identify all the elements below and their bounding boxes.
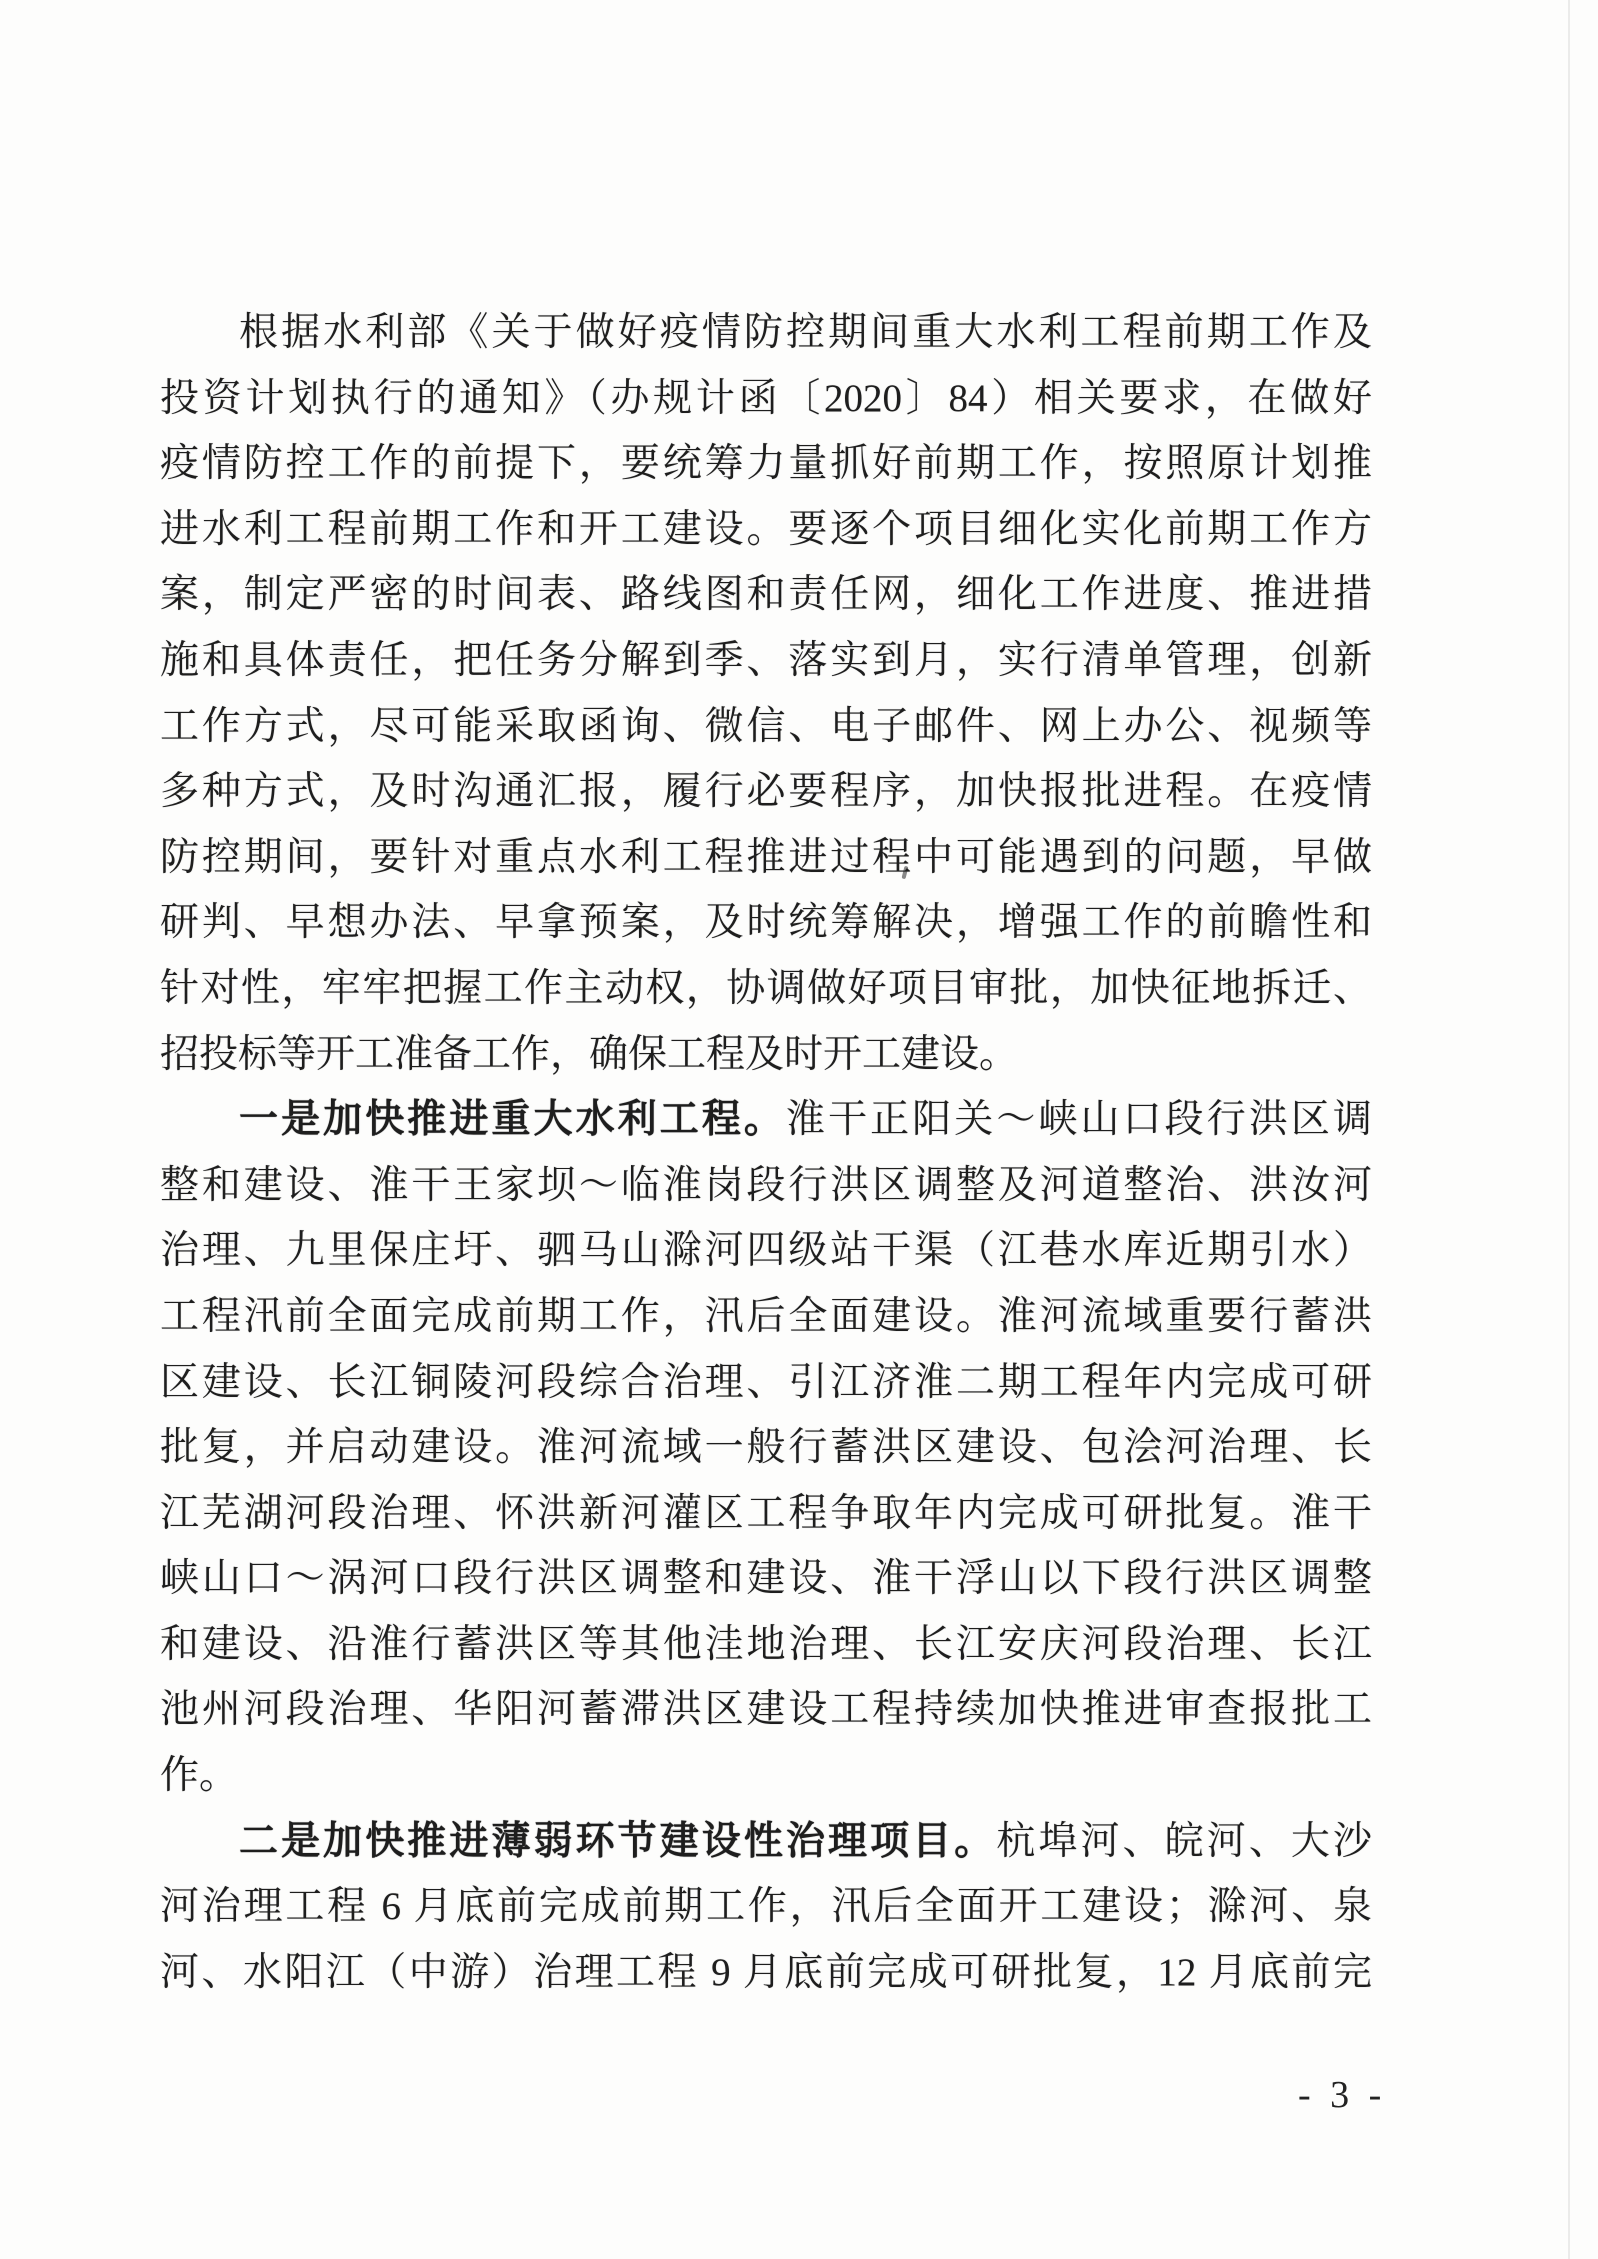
text-line: 治理、九里保庄圩、驷马山滁河四级站干渠（江巷水库近期引水） — [160, 1218, 1372, 1284]
text-line: 根据水利部《关于做好疫情防控期间重大水利工程前期工作及 — [160, 300, 1372, 366]
text-line: 一是加快推进重大水利工程。淮干正阳关～峡山口段行洪区调 — [160, 1087, 1372, 1153]
text-line: 进水利工程前期工作和开工建设。要逐个项目细化实化前期工作方 — [160, 497, 1372, 563]
text-line: 区建设、长江铜陵河段综合治理、引江济淮二期工程年内完成可研 — [160, 1350, 1372, 1416]
text-line: 江芜湖河段治理、怀洪新河灌区工程争取年内完成可研批复。淮干 — [160, 1481, 1372, 1547]
text-line: 峡山口～涡河口段行洪区调整和建设、淮干浮山以下段行洪区调整 — [160, 1546, 1372, 1612]
paragraph-lead-bold: 一是加快推进重大水利工程。 — [239, 1098, 786, 1141]
text-line: 作。 — [160, 1743, 1372, 1809]
text-line: 河治理工程 6 月底前完成前期工作，汛后全面开工建设；滁河、泉 — [160, 1874, 1372, 1940]
text-line: 批复，并启动建设。淮河流域一般行蓄洪区建设、包浍河治理、长 — [160, 1415, 1372, 1481]
text-line: 整和建设、淮干王家坝～临淮岗段行洪区调整及河道整治、洪汝河 — [160, 1153, 1372, 1219]
text-line: 和建设、沿淮行蓄洪区等其他洼地治理、长江安庆河段治理、长江 — [160, 1612, 1372, 1678]
text-line: 河、水阳江（中游）治理工程 9 月底前完成可研批复，12 月底前完 — [160, 1940, 1372, 2006]
text-line: 池州河段治理、华阳河蓄滞洪区建设工程持续加快推进审查报批工 — [160, 1677, 1372, 1743]
text-line: 工程汛前全面完成前期工作，汛后全面建设。淮河流域重要行蓄洪 — [160, 1284, 1372, 1350]
scan-streak-artifact — [1568, 0, 1570, 2259]
page-number: - 3 - — [1298, 2072, 1386, 2118]
text-line: 防控期间，要针对重点水利工程推进过程中可能遇到的问题，早做 — [160, 825, 1372, 891]
paragraph-lead-bold: 二是加快推进薄弱环节建设性治理项目。 — [239, 1820, 996, 1863]
text-line: 招投标等开工准备工作，确保工程及时开工建设。 — [160, 1022, 1372, 1088]
text-line: 疫情防控工作的前提下，要统筹力量抓好前期工作，按照原计划推 — [160, 431, 1372, 497]
text-line: 多种方式，及时沟通汇报，履行必要程序，加快报批进程。在疫情 — [160, 759, 1372, 825]
text-line: 案，制定严密的时间表、路线图和责任网，细化工作进度、推进措 — [160, 562, 1372, 628]
text-line: 针对性，牢牢把握工作主动权，协调做好项目审批，加快征地拆迁、 — [160, 956, 1372, 1022]
text-line: 研判、早想办法、早拿预案，及时统筹解决，增强工作的前瞻性和 — [160, 890, 1372, 956]
document-page: 根据水利部《关于做好疫情防控期间重大水利工程前期工作及投资计划执行的通知》（办规… — [0, 0, 1598, 2259]
text-line: 投资计划执行的通知》（办规计函〔2020〕84）相关要求，在做好 — [160, 366, 1372, 432]
text-line: 施和具体责任，把任务分解到季、落实到月，实行清单管理，创新 — [160, 628, 1372, 694]
text-block: 根据水利部《关于做好疫情防控期间重大水利工程前期工作及投资计划执行的通知》（办规… — [160, 300, 1372, 2005]
text-line: 二是加快推进薄弱环节建设性治理项目。杭埠河、皖河、大沙 — [160, 1809, 1372, 1875]
text-line: 工作方式，尽可能采取函询、微信、电子邮件、网上办公、视频等 — [160, 694, 1372, 760]
